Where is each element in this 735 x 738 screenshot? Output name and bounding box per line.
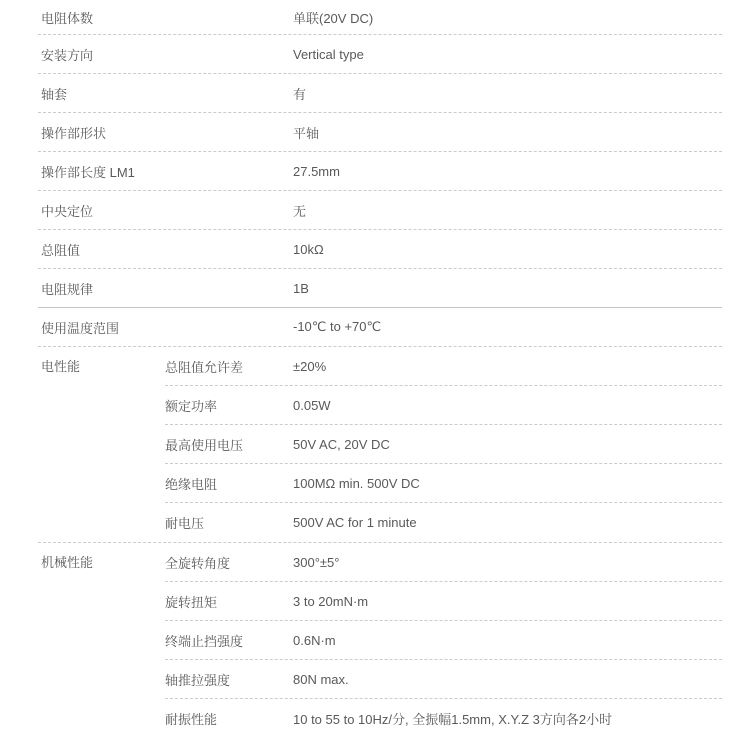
spec-subrow: 总阻值允许差 ±20% bbox=[165, 347, 722, 386]
spec-subrow: 终端止挡强度 0.6N·m bbox=[165, 621, 722, 660]
row-label: 轴套 bbox=[38, 84, 293, 103]
row-label: 总阻值 bbox=[38, 240, 293, 259]
section-row-group: 总阻值允许差 ±20% 额定功率 0.05W 最高使用电压 50V AC, 20… bbox=[165, 347, 722, 542]
subrow-value: 10 to 55 to 10Hz/分, 全振幅1.5mm, X.Y.Z 3方向各… bbox=[293, 709, 722, 728]
row-value: 1B bbox=[293, 281, 722, 296]
subrow-value: 0.05W bbox=[293, 398, 722, 413]
subrow-label: 全旋转角度 bbox=[165, 553, 293, 572]
subrow-label: 绝缘电阻 bbox=[165, 474, 293, 493]
spec-subrow: 耐电压 500V AC for 1 minute bbox=[165, 503, 722, 542]
spec-row: 电阻规律 1B bbox=[38, 269, 722, 308]
row-label: 电阻规律 bbox=[38, 279, 293, 298]
subrow-label: 终端止挡强度 bbox=[165, 631, 293, 650]
subrow-label: 轴推拉强度 bbox=[165, 670, 293, 689]
section-row-group: 全旋转角度 300°±5° 旋转扭矩 3 to 20mN·m 终端止挡强度 0.… bbox=[165, 543, 722, 738]
spec-row: 电阻体数 单联(20V DC) bbox=[38, 0, 722, 35]
subrow-value: 50V AC, 20V DC bbox=[293, 437, 722, 452]
spec-subrow: 旋转扭矩 3 to 20mN·m bbox=[165, 582, 722, 621]
row-label: 使用温度范围 bbox=[38, 318, 293, 337]
section-electrical: 电性能 总阻值允许差 ±20% 额定功率 0.05W 最高使用电压 50V AC… bbox=[38, 347, 722, 543]
row-value: 单联(20V DC) bbox=[293, 8, 722, 27]
row-label: 电阻体数 bbox=[38, 8, 293, 27]
spec-row: 使用温度范围 -10℃ to +70℃ bbox=[38, 308, 722, 347]
row-value: 有 bbox=[293, 84, 722, 103]
row-value: Vertical type bbox=[293, 47, 722, 62]
spec-row: 操作部形状 平轴 bbox=[38, 113, 722, 152]
subrow-value: 3 to 20mN·m bbox=[293, 594, 722, 609]
subrow-value: 100MΩ min. 500V DC bbox=[293, 476, 722, 491]
subrow-label: 总阻值允许差 bbox=[165, 357, 293, 376]
spec-subrow: 绝缘电阻 100MΩ min. 500V DC bbox=[165, 464, 722, 503]
row-label: 中央定位 bbox=[38, 201, 293, 220]
spec-row: 安装方向 Vertical type bbox=[38, 35, 722, 74]
spec-subrow: 耐振性能 10 to 55 to 10Hz/分, 全振幅1.5mm, X.Y.Z… bbox=[165, 699, 722, 738]
subrow-value: 0.6N·m bbox=[293, 633, 722, 648]
section-mechanical: 机械性能 全旋转角度 300°±5° 旋转扭矩 3 to 20mN·m 终端止挡… bbox=[38, 543, 722, 738]
spec-row: 轴套 有 bbox=[38, 74, 722, 113]
spec-row: 总阻值 10kΩ bbox=[38, 230, 722, 269]
section-label: 电性能 bbox=[38, 347, 165, 386]
subrow-value: 300°±5° bbox=[293, 555, 722, 570]
subrow-label: 额定功率 bbox=[165, 396, 293, 415]
subrow-value: 80N max. bbox=[293, 672, 722, 687]
spec-row: 操作部长度 LM1 27.5mm bbox=[38, 152, 722, 191]
spec-subrow: 最高使用电压 50V AC, 20V DC bbox=[165, 425, 722, 464]
spec-subrow: 额定功率 0.05W bbox=[165, 386, 722, 425]
row-label: 安装方向 bbox=[38, 45, 293, 64]
subrow-label: 耐电压 bbox=[165, 513, 293, 532]
row-value: 平轴 bbox=[293, 123, 722, 142]
subrow-label: 最高使用电压 bbox=[165, 435, 293, 454]
subrow-label: 耐振性能 bbox=[165, 709, 293, 728]
subrow-value: ±20% bbox=[293, 359, 722, 374]
subrow-label: 旋转扭矩 bbox=[165, 592, 293, 611]
spec-row: 中央定位 无 bbox=[38, 191, 722, 230]
spec-subrow: 轴推拉强度 80N max. bbox=[165, 660, 722, 699]
row-value: 27.5mm bbox=[293, 164, 722, 179]
subrow-value: 500V AC for 1 minute bbox=[293, 515, 722, 530]
section-label: 机械性能 bbox=[38, 543, 165, 582]
row-label: 操作部形状 bbox=[38, 123, 293, 142]
row-value: 10kΩ bbox=[293, 242, 722, 257]
spec-table: 电阻体数 单联(20V DC) 安装方向 Vertical type 轴套 有 … bbox=[38, 0, 722, 738]
row-value: 无 bbox=[293, 201, 722, 220]
row-value: -10℃ to +70℃ bbox=[293, 319, 722, 335]
row-label: 操作部长度 LM1 bbox=[38, 162, 293, 181]
spec-subrow: 全旋转角度 300°±5° bbox=[165, 543, 722, 582]
